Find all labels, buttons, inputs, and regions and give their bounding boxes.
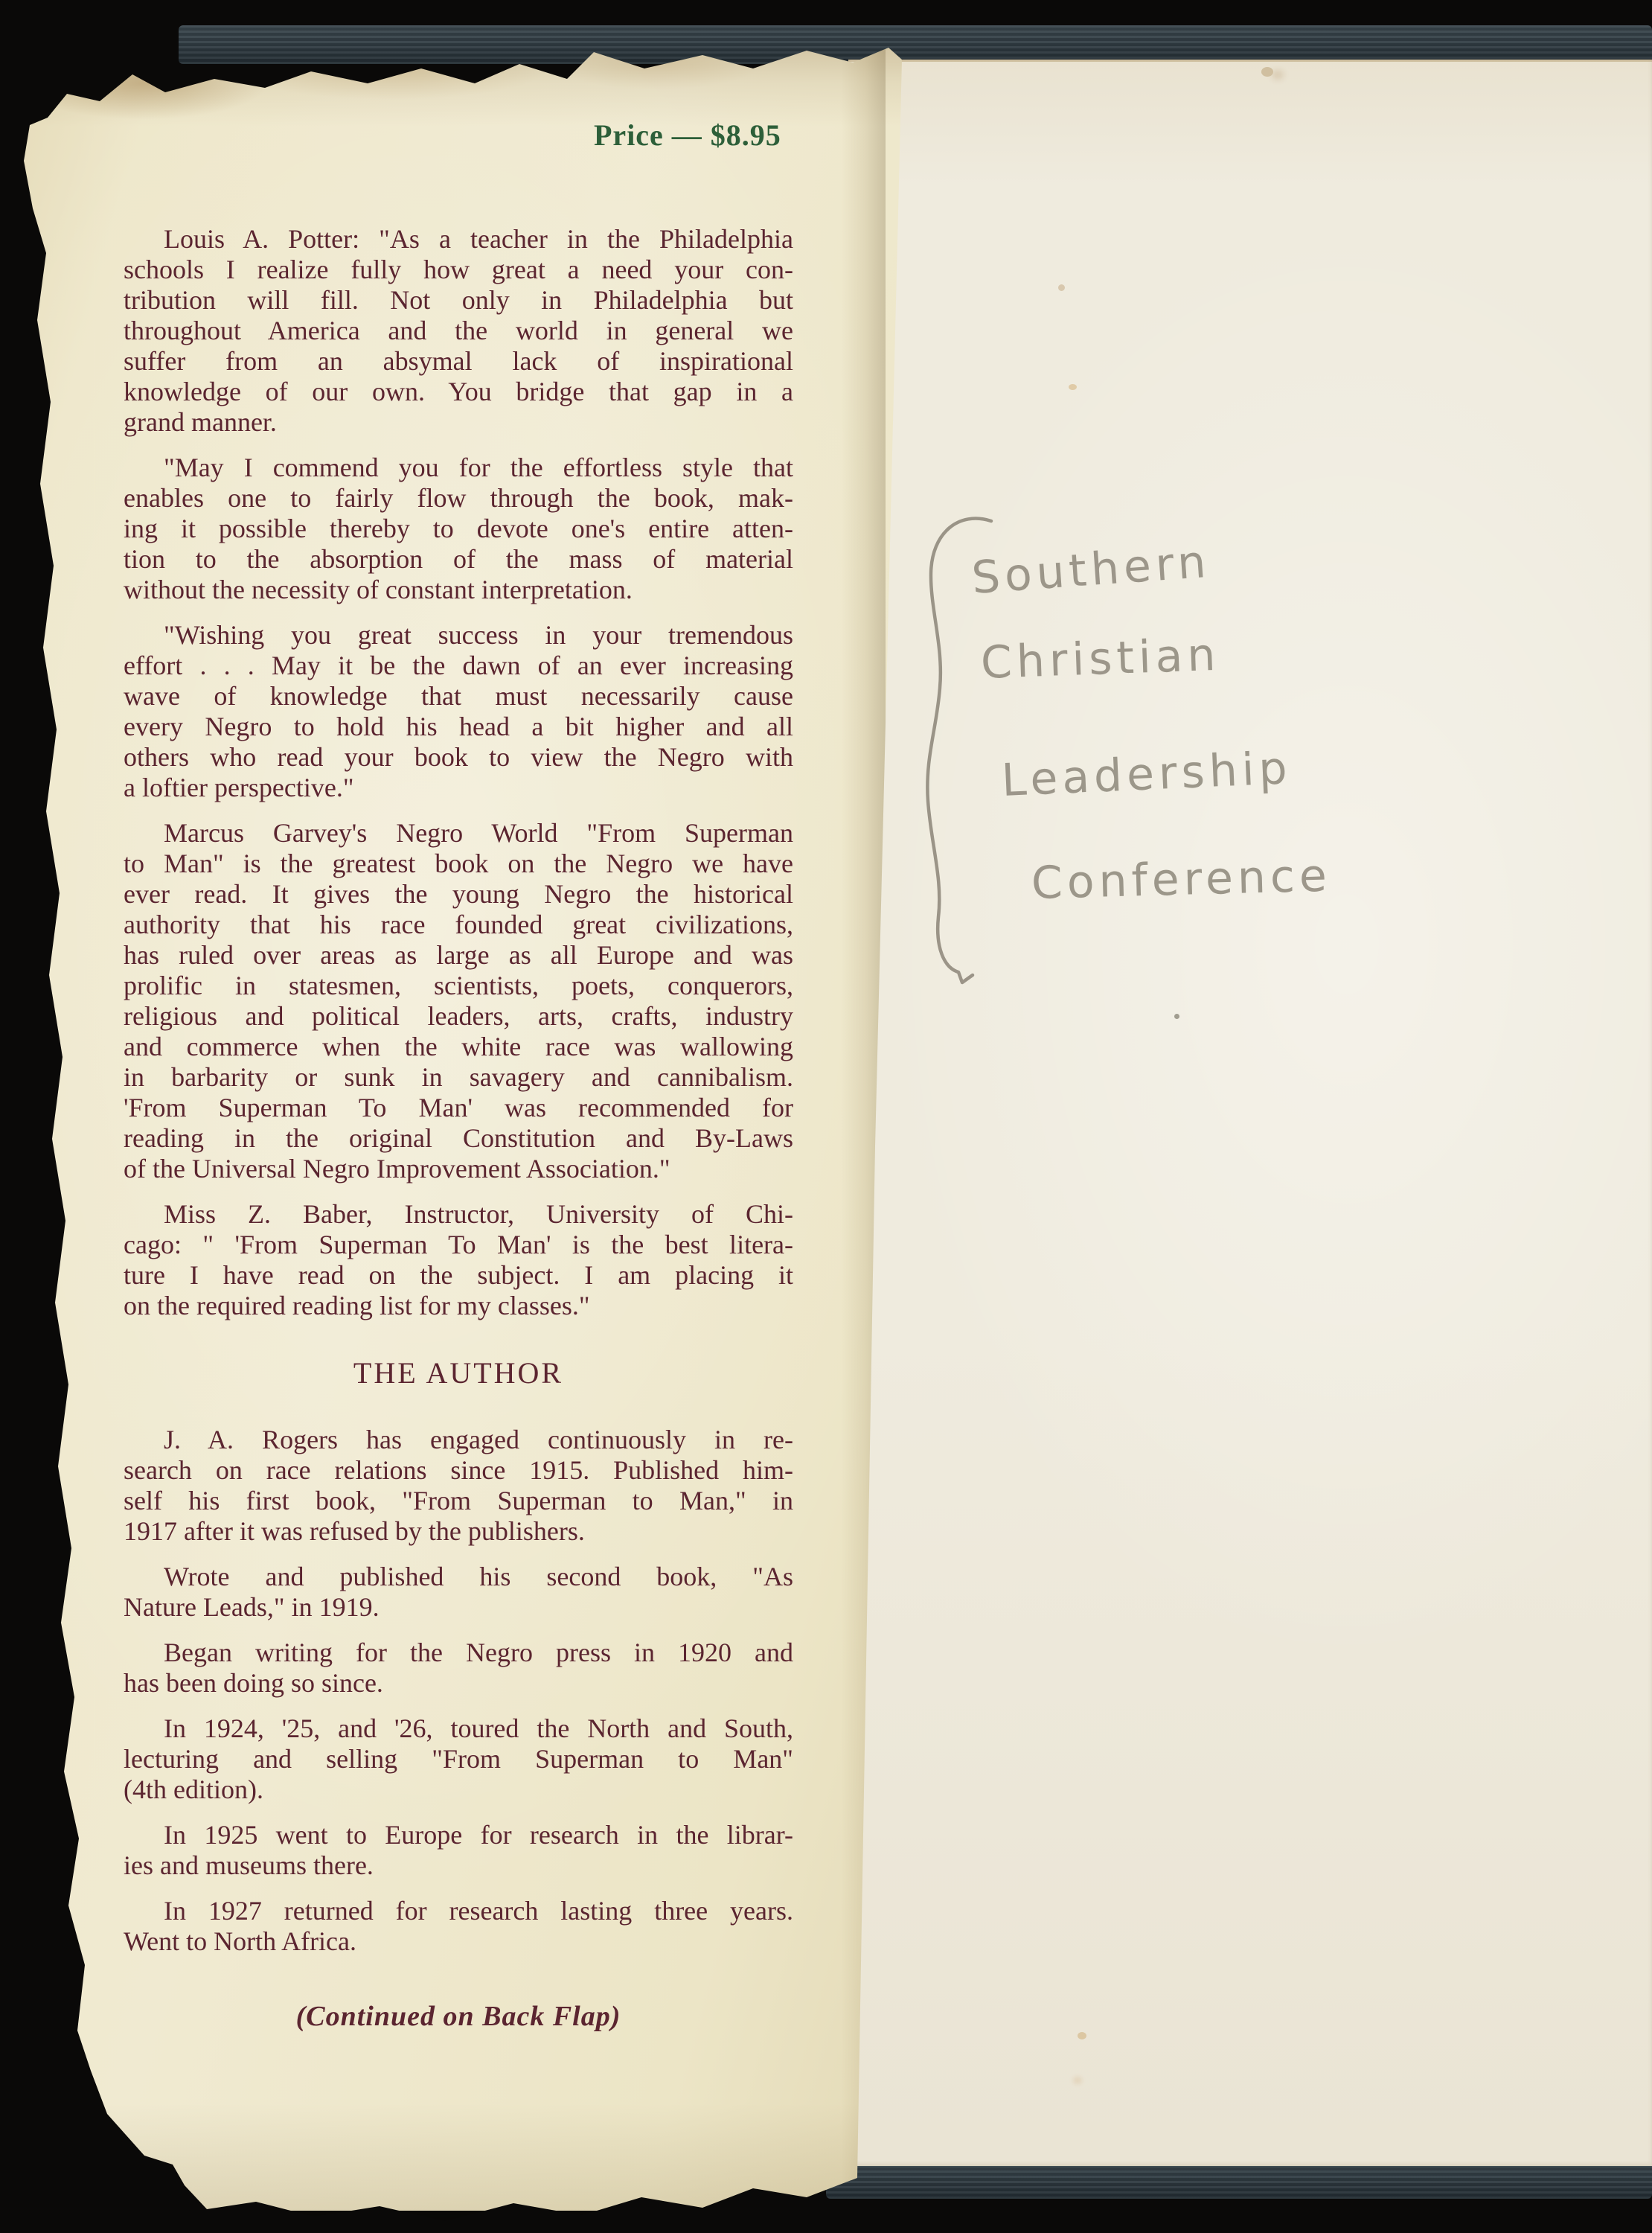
flap-paragraph: "May I commend you for the effortless st… [124, 453, 793, 605]
flap-text-column: Price — $8.95 Louis A. Potter: "As a tea… [19, 30, 905, 2033]
text-line: self his first book, "From Superman to M… [124, 1486, 793, 1516]
text-line: ture I have read on the subject. I am pl… [124, 1260, 793, 1291]
foxing-stain [1069, 384, 1077, 390]
text-line: search on race relations since 1915. Pub… [124, 1455, 793, 1486]
text-line: enables one to fairly flow through the b… [124, 483, 793, 514]
text-line: schools I realize fully how great a need… [124, 255, 793, 285]
text-line: on the required reading list for my clas… [124, 1291, 793, 1321]
text-line: (4th edition). [124, 1774, 793, 1805]
text-line: ever read. It gives the young Negro the … [124, 879, 793, 910]
text-line: authority that his race founded great ci… [124, 910, 793, 940]
price-label: Price — $8.95 [124, 118, 793, 153]
text-line: wave of knowledge that must necessarily … [124, 681, 793, 712]
text-line: In 1925 went to Europe for research in t… [124, 1820, 793, 1850]
text-line: 1917 after it was refused by the publish… [124, 1516, 793, 1547]
text-line: knowledge of our own. You bridge that ga… [124, 377, 793, 407]
flap-paragraph: Wrote and published his second book, "As… [124, 1562, 793, 1623]
flap-paragraph: Marcus Garvey's Negro World "From Superm… [124, 818, 793, 1184]
text-line: Louis A. Potter: "As a teacher in the Ph… [124, 224, 793, 255]
flap-author-paragraphs: J. A. Rogers has engaged continuously in… [124, 1425, 793, 1957]
text-line: Marcus Garvey's Negro World "From Superm… [124, 818, 793, 849]
text-line: effort . . . May it be the dawn of an ev… [124, 651, 793, 681]
page-stains [848, 60, 1652, 2166]
text-line: others who read your book to view the Ne… [124, 742, 793, 773]
text-line: In 1927 returned for research lasting th… [124, 1896, 793, 1926]
text-line: suffer from an absymal lack of inspirati… [124, 346, 793, 377]
text-line: "May I commend you for the effortless st… [124, 453, 793, 483]
text-line: ies and museums there. [124, 1850, 793, 1881]
text-line: Wrote and published his second book, "As [124, 1562, 793, 1592]
text-line: Miss Z. Baber, Instructor, University of… [124, 1199, 793, 1230]
text-line: ing it possible thereby to devote one's … [124, 514, 793, 544]
text-line: tribution will fill. Not only in Philade… [124, 285, 793, 316]
text-line: tion to the absorption of the mass of ma… [124, 544, 793, 575]
flap-paragraph: J. A. Rogers has engaged continuously in… [124, 1425, 793, 1547]
book-board-top-edge [179, 25, 1652, 64]
flap-review-paragraphs: Louis A. Potter: "As a teacher in the Ph… [124, 224, 793, 1321]
flap-bottom-shading [19, 2077, 905, 2211]
flap-paragraph: Louis A. Potter: "As a teacher in the Ph… [124, 224, 793, 438]
text-line: prolific in statesmen, scientists, poets… [124, 971, 793, 1001]
text-line: every Negro to hold his head a bit highe… [124, 712, 793, 742]
text-line: lecturing and selling "From Superman to … [124, 1744, 793, 1774]
text-line: Began writing for the Negro press in 192… [124, 1638, 793, 1668]
text-line: reading in the original Constitution and… [124, 1123, 793, 1154]
flap-paragraph: Miss Z. Baber, Instructor, University of… [124, 1199, 793, 1321]
foxing-stain [1058, 284, 1065, 291]
text-line: and commerce when the white race was wal… [124, 1032, 793, 1062]
text-line: J. A. Rogers has engaged continuously in… [124, 1425, 793, 1455]
flap-paragraph: In 1925 went to Europe for research in t… [124, 1820, 793, 1881]
text-line: throughout America and the world in gene… [124, 316, 793, 346]
pencil-brace-icon [906, 511, 1003, 994]
text-line: religious and political leaders, arts, c… [124, 1001, 793, 1032]
flap-paragraph: "Wishing you great success in your treme… [124, 620, 793, 803]
text-line: Went to North Africa. [124, 1926, 793, 1957]
continued-note: (Continued on Back Flap) [124, 2000, 793, 2033]
foxing-stain [1261, 67, 1273, 77]
jacket-flap: Price — $8.95 Louis A. Potter: "As a tea… [19, 30, 905, 2211]
text-line: in barbarity or sunk in savagery and can… [124, 1062, 793, 1093]
endpaper-page [848, 60, 1652, 2166]
author-heading: THE AUTHOR [124, 1355, 793, 1390]
text-line: has been doing so since. [124, 1668, 793, 1699]
photo-of-book-jacket-flap: { "flap": { "price_label": "Price — $8.9… [0, 0, 1652, 2233]
text-line: to Man" is the greatest book on the Negr… [124, 849, 793, 879]
text-line: of the Universal Negro Improvement Assoc… [124, 1154, 793, 1184]
text-line: 'From Superman To Man' was recommended f… [124, 1093, 793, 1123]
text-line: "Wishing you great success in your treme… [124, 620, 793, 651]
text-line: In 1924, '25, and '26, toured the North … [124, 1713, 793, 1744]
flap-paragraph: In 1927 returned for research lasting th… [124, 1896, 793, 1957]
text-line: grand manner. [124, 407, 793, 438]
text-line: cago: " 'From Superman To Man' is the be… [124, 1230, 793, 1260]
text-line: without the necessity of constant interp… [124, 575, 793, 605]
text-line: has ruled over areas as large as all Eur… [124, 940, 793, 971]
foxing-stain [1078, 2032, 1086, 2039]
text-line: a loftier perspective." [124, 773, 793, 803]
flap-paragraph: Began writing for the Negro press in 192… [124, 1638, 793, 1699]
pencil-dot [1174, 1014, 1179, 1019]
flap-paragraph: In 1924, '25, and '26, toured the North … [124, 1713, 793, 1805]
text-line: Nature Leads," in 1919. [124, 1592, 793, 1623]
